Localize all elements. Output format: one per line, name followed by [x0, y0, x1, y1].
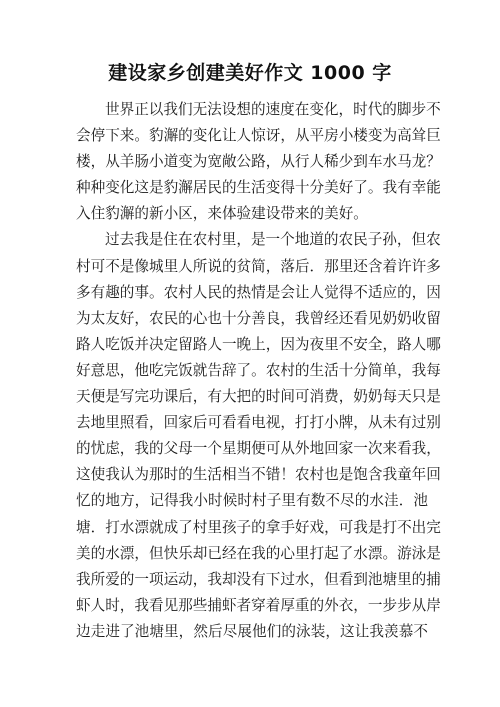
text-line: 世界正以我们无法设想的速度在变化，时代的脚步不	[76, 97, 428, 123]
document-body: 世界正以我们无法设想的速度在变化，时代的脚步不 会停下来。豹澥的变化让人惊讶，从…	[76, 97, 428, 645]
paragraph-1: 世界正以我们无法设想的速度在变化，时代的脚步不 会停下来。豹澥的变化让人惊讶，从…	[76, 97, 428, 227]
text-line: 的忧虑，我的父母一个星期便可从外地回家一次来看我，	[76, 436, 428, 462]
text-line: 这使我认为那时的生活相当不错！农村也是饱含我童年回	[76, 462, 428, 488]
text-line: 种种变化这是豹澥居民的生活变得十分美好了。我有幸能	[76, 175, 428, 201]
text-line: 会停下来。豹澥的变化让人惊讶，从平房小楼变为高耸巨	[76, 123, 428, 149]
text-line: 楼，从羊肠小道变为宽敞公路，从行人稀少到车水马龙？	[76, 149, 428, 175]
document-page: 建设家乡创建美好作文 1000 字 世界正以我们无法设想的速度在变化，时代的脚步…	[0, 0, 500, 707]
text-line: 路人吃饭并决定留路人一晚上，因为夜里不安全，路人哪	[76, 332, 428, 358]
paragraph-2: 过去我是住在农村里，是一个地道的农民子孙，但农 村可不是像城里人所说的贫简，落后…	[76, 227, 428, 645]
text-line: 入住豹澥的新小区，来体验建设带来的美好。	[76, 201, 428, 227]
text-line: 好意思，他吃完饭就告辞了。农村的生活十分简单，我每	[76, 358, 428, 384]
text-line: 忆的地方，记得我小时候时村子里有数不尽的水洼．池	[76, 488, 428, 514]
text-line: 边走进了池塘里，然后尽展他们的泳装，这让我羡慕不	[76, 619, 428, 645]
text-line: 村可不是像城里人所说的贫简，落后．那里还含着许许多	[76, 254, 428, 280]
text-line: 我所爱的一项运动，我却没有下过水，但看到池塘里的捕	[76, 567, 428, 593]
text-line: 为太友好，农民的心也十分善良，我曾经还看见奶奶收留	[76, 306, 428, 332]
text-line: 多有趣的事。农村人民的热情是会让人觉得不适应的，因	[76, 280, 428, 306]
text-line: 塘．打水漂就成了村里孩子的拿手好戏，可我是打不出完	[76, 515, 428, 541]
text-line: 天便是写完功课后，有大把的时间可消费，奶奶每天只是	[76, 384, 428, 410]
text-line: 美的水漂，但快乐却已经在我的心里打起了水漂。游泳是	[76, 541, 428, 567]
text-line: 虾人时，我看见那些捕虾者穿着厚重的外衣，一步步从岸	[76, 593, 428, 619]
text-line: 去地里照看，回家后可看看电视，打打小牌，从未有过别	[76, 410, 428, 436]
text-line: 过去我是住在农村里，是一个地道的农民子孙，但农	[76, 227, 428, 253]
document-title: 建设家乡创建美好作文 1000 字	[0, 60, 500, 86]
